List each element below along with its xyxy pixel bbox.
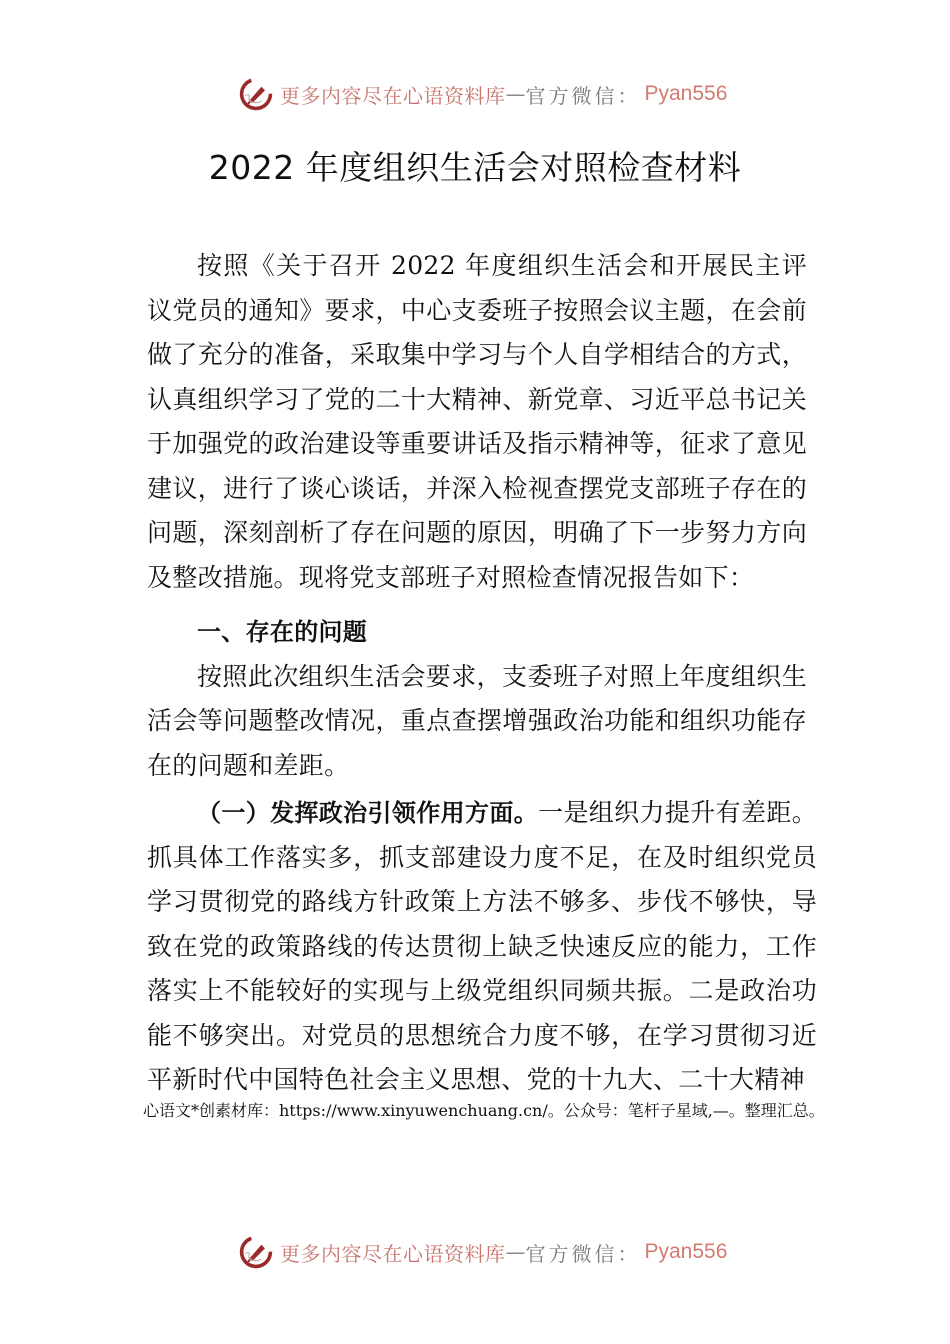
watermark-main-text: 更多内容尽在心语资料库	[280, 1238, 506, 1267]
watermark-wechat-id: Pyan556	[645, 1240, 728, 1264]
subsection-1-paragraph: （一）发挥政治引领作用方面。一是组织力提升有差距。抓具体工作落实多，抓支部建设力…	[147, 791, 817, 1103]
subsection-1-lead: （一）发挥政治引领作用方面。	[197, 799, 538, 827]
watermark-wechat-id: Pyan556	[645, 82, 728, 106]
intro-paragraph: 按照《关于召开 2022 年度组织生活会和开展民主评议党员的通知》要求，中心支委…	[147, 244, 807, 600]
document-body: 按照《关于召开 2022 年度组织生活会和开展民主评议党员的通知》要求，中心支委…	[147, 244, 807, 600]
subsection-1: （一）发挥政治引领作用方面。一是组织力提升有差距。抓具体工作落实多，抓支部建设力…	[147, 791, 817, 1103]
watermark-dash: —	[506, 82, 526, 106]
section-1: 一、存在的问题 按照此次组织生活会要求，支委班子对照上年度组织生活会等问题整改情…	[147, 610, 807, 788]
bottom-watermark-banner: 更多内容尽在心语资料库 — 官方微信： Pyan556	[238, 1232, 727, 1272]
document-page: 更多内容尽在心语资料库 — 官方微信： Pyan556 2022 年度组织生活会…	[0, 0, 950, 1344]
quill-pen-logo-icon	[238, 1234, 274, 1270]
quill-pen-logo-icon	[238, 76, 274, 112]
subsection-1-text: 一是组织力提升有差距。抓具体工作落实多，抓支部建设力度不足，在及时组织党员学习贯…	[147, 798, 817, 1094]
watermark-wechat-label: 官方微信：	[526, 1238, 641, 1267]
top-watermark-banner: 更多内容尽在心语资料库 — 官方微信： Pyan556	[238, 74, 727, 114]
watermark-main-text: 更多内容尽在心语资料库	[280, 80, 506, 109]
section-1-paragraph: 按照此次组织生活会要求，支委班子对照上年度组织生活会等问题整改情况，重点查摆增强…	[147, 655, 807, 789]
watermark-dash: —	[506, 1240, 526, 1264]
source-footer-note: 心语文*创素材库：https://www.xinyuwenchuang.cn/。…	[143, 1098, 863, 1121]
watermark-wechat-label: 官方微信：	[526, 80, 641, 109]
document-title: 2022 年度组织生活会对照检查材料	[0, 142, 950, 189]
section-1-heading: 一、存在的问题	[147, 610, 807, 655]
